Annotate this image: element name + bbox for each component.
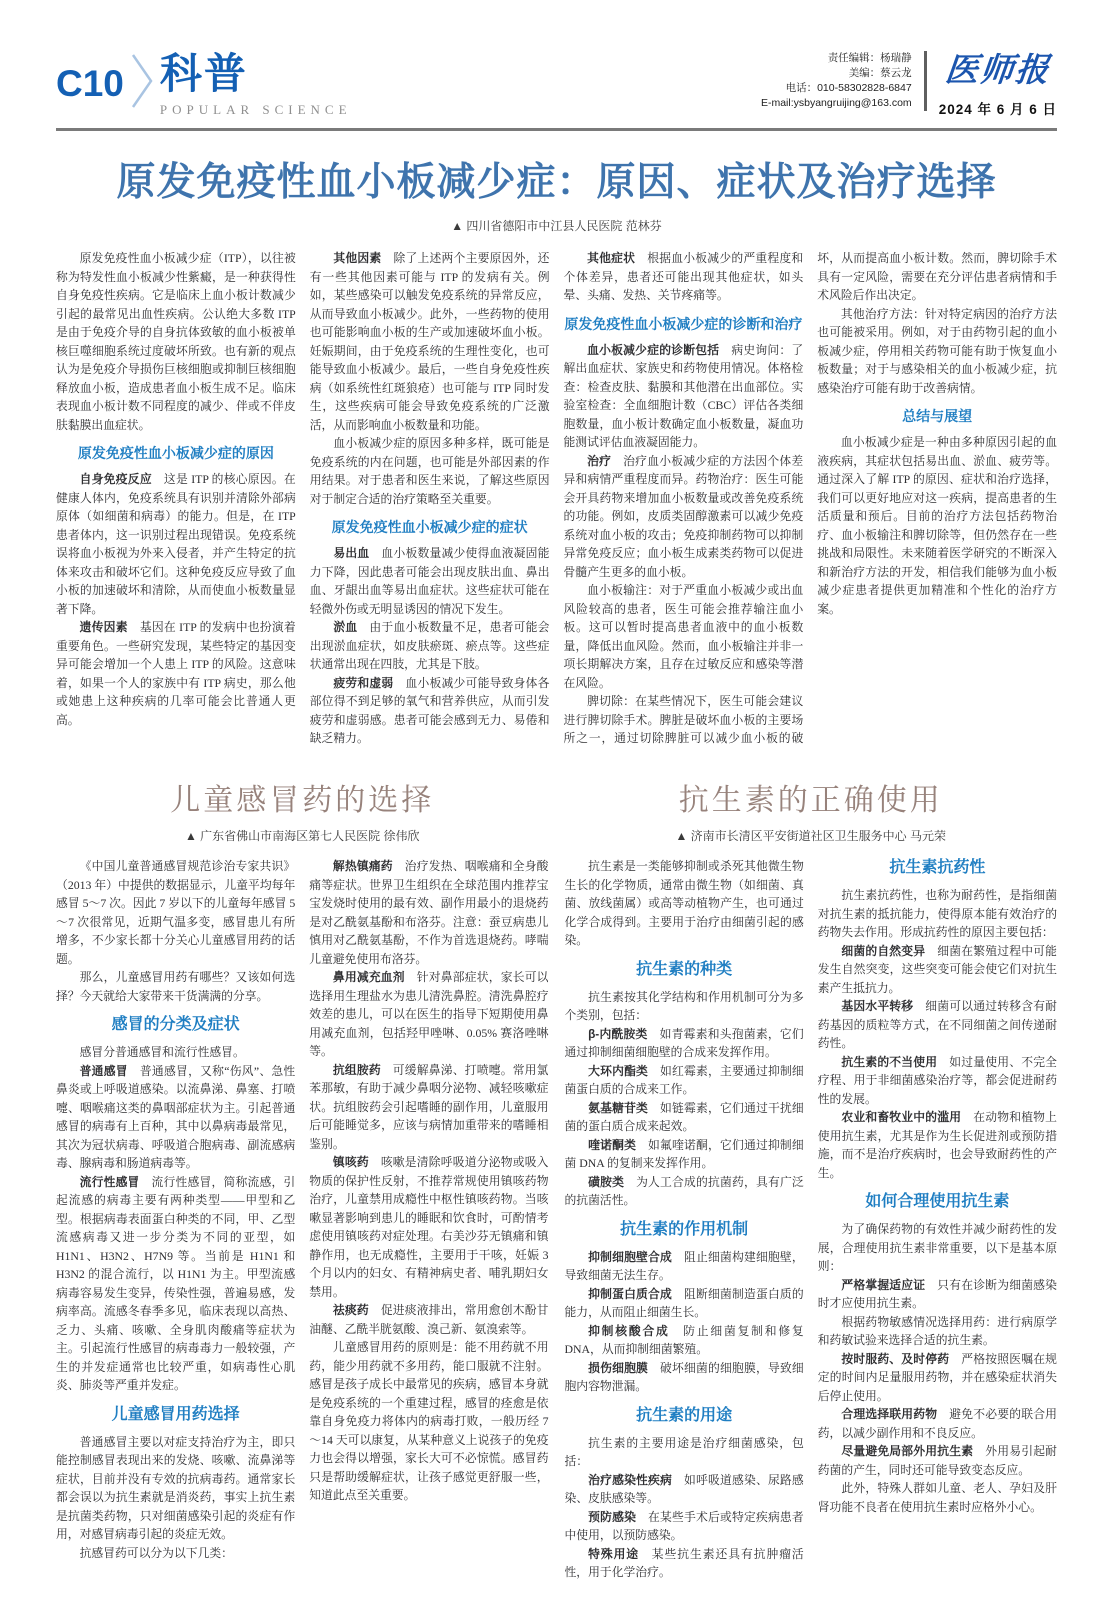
paragraph: 基因水平转移 细菌可以通过转移含有耐药基因的质粒等方式，在不同细菌之间传递耐药性… bbox=[818, 997, 1057, 1053]
paragraph: 根据药物敏感情况选择用药：进行病原学和药敏试验来选择合适的抗生素。 bbox=[818, 1313, 1057, 1350]
paragraph-lead: 治疗 bbox=[587, 454, 623, 468]
paragraph: 那么，儿童感冒用药有哪些？又该如何选择？今天就给大家带来干货满满的分享。 bbox=[56, 968, 295, 1005]
paragraph: 抗生素抗药性，也称为耐药性，是指细菌对抗生素的抵抗能力，使得原本能有效治疗的药物… bbox=[818, 886, 1057, 942]
section-subtitle: POPULAR SCIENCE bbox=[160, 102, 352, 118]
paragraph: 合理选择联用药物 避免不必要的联合用药，以减少副作用和不良反应。 bbox=[818, 1405, 1057, 1442]
section-heading: 儿童感冒用药选择 bbox=[56, 1404, 295, 1426]
paragraph: 大环内酯类 如红霉素，主要通过抑制细菌蛋白质的合成来工作。 bbox=[565, 1062, 804, 1099]
paragraph: 细菌的自然变异 细菌在繁殖过程中可能发生自然突变，这些突变可能会使它们对抗生素产… bbox=[818, 942, 1057, 998]
paragraph: 普通感冒主要以对症支持治疗为主，即只能控制感冒表现出来的发烧、咳嗽、流鼻涕等症状… bbox=[56, 1433, 295, 1544]
header-rule bbox=[56, 128, 1057, 131]
bottom-articles: 儿童感冒药的选择 ▲ 广东省佛山市南海区第七人民医院 徐伟欣 《中国儿童普通感冒… bbox=[56, 775, 1057, 1589]
paragraph: 为了确保药物的有效性并减少耐药性的发展，合理使用抗生素非常重要，以下是基本原则： bbox=[818, 1220, 1057, 1276]
paragraph: 其他治疗方法：针对特定病因的治疗方法也可能被采用。例如，对于由药物引起的血小板减… bbox=[817, 305, 1057, 398]
article-cold-medicine-body: 《中国儿童普通感冒规范诊治专家共识》（2013 年）中提供的数据显示，儿童平均每… bbox=[56, 857, 549, 1589]
paragraph: 抑制蛋白质合成 阻断细菌制造蛋白质的能力，从而阻止细菌生长。 bbox=[565, 1285, 804, 1322]
article-itp-byline: ▲ 四川省德阳市中江县人民医院 范林芬 bbox=[56, 217, 1057, 234]
paragraph: 祛痰药 促进痰液排出，常用愈创木酚甘油醚、乙酰半胱氨酸、溴己新、氨溴索等。 bbox=[309, 1301, 548, 1338]
section-heading: 抗生素的种类 bbox=[565, 959, 804, 981]
paragraph-lead: 农业和畜牧业中的滥用 bbox=[841, 1110, 973, 1124]
paragraph-lead: β-内酰胺类 bbox=[588, 1027, 660, 1041]
paragraph: 易出血 血小板数量减少使得血液凝固能力下降，因此患者可能会出现皮肤出血、鼻出血、… bbox=[310, 544, 550, 618]
paragraph: 其他因素 除了上述两个主要原因外，还有一些其他因素可能与 ITP 的发病有关。例… bbox=[310, 249, 550, 434]
paragraph-lead: 喹诺酮类 bbox=[588, 1138, 648, 1152]
paragraph-lead: 基因水平转移 bbox=[841, 999, 925, 1013]
article-antibiotics-title: 抗生素的正确使用 bbox=[565, 775, 1058, 819]
paragraph: 遗传因素 基因在 ITP 的发病中也扮演着重要角色。一些研究发现，某些特定的基因… bbox=[56, 618, 296, 729]
paragraph-lead: 自身免疫反应 bbox=[80, 472, 164, 486]
paragraph-lead: 大环内酯类 bbox=[588, 1064, 660, 1078]
article-cold-medicine-byline: ▲ 广东省佛山市南海区第七人民医院 徐伟欣 bbox=[56, 827, 549, 844]
paragraph-lead: 按时服药、及时停药 bbox=[841, 1352, 961, 1366]
newspaper-logo: 医师报 bbox=[936, 44, 1059, 91]
section-heading: 抗生素的作用机制 bbox=[565, 1219, 804, 1241]
paragraph: 抑制细胞壁合成 阻止细菌构建细胞壁，导致细菌无法生存。 bbox=[565, 1248, 804, 1285]
paragraph-lead: 抑制细胞壁合成 bbox=[588, 1250, 684, 1264]
paragraph-lead: 预防感染 bbox=[588, 1510, 648, 1524]
paragraph-lead: 特殊用途 bbox=[588, 1547, 652, 1561]
paragraph-lead: 尽量避免局部外用抗生素 bbox=[841, 1444, 985, 1458]
section-brand: C10 科普 POPULAR SCIENCE bbox=[56, 52, 352, 118]
section-title-block: 科普 POPULAR SCIENCE bbox=[160, 53, 352, 118]
paragraph-lead: 氨基糖苷类 bbox=[588, 1101, 660, 1115]
article-cold-medicine: 儿童感冒药的选择 ▲ 广东省佛山市南海区第七人民医院 徐伟欣 《中国儿童普通感冒… bbox=[56, 775, 549, 1589]
paragraph: 感冒分普通感冒和流行性感冒。 bbox=[56, 1043, 295, 1062]
paragraph: 其他症状 根据血小板减少的严重程度和个体差异，患者还可能出现其他症状，如头晕、头… bbox=[564, 249, 804, 305]
paragraph-lead: 遗传因素 bbox=[80, 620, 140, 634]
section-heading: 如何合理使用抗生素 bbox=[818, 1191, 1057, 1213]
page-header: C10 科普 POPULAR SCIENCE 责任编辑：杨瑞静 美编：蔡云龙 电… bbox=[56, 40, 1057, 118]
paragraph-lead: 普通感冒 bbox=[80, 1064, 140, 1078]
paragraph: 喹诺酮类 如氟喹诺酮，它们通过抑制细菌 DNA 的复制来发挥作用。 bbox=[565, 1136, 804, 1173]
masthead-logo-block: 医师报 2024 年 6 月 6 日 bbox=[939, 44, 1057, 118]
chevron-icon bbox=[130, 52, 156, 110]
paragraph-lead: 磺胺类 bbox=[588, 1175, 636, 1189]
paragraph: 特殊用途 某些抗生素还具有抗肿瘤活性，用于化学治疗。 bbox=[565, 1545, 804, 1582]
masthead-right: 责任编辑：杨瑞静 美编：蔡云龙 电话：010-58302828-6847 E-m… bbox=[761, 44, 1057, 118]
paragraph-lead: 疲劳和虚弱 bbox=[333, 676, 405, 690]
paragraph: 鼻用减充血剂 针对鼻部症状，家长可以选择用生理盐水为患儿清洗鼻腔。清洗鼻腔疗效差… bbox=[309, 968, 548, 1061]
paragraph-lead: 严格掌握适应证 bbox=[841, 1278, 937, 1292]
paragraph-lead: 损伤细胞膜 bbox=[588, 1361, 660, 1375]
paragraph: 按时服药、及时停药 严格按照医嘱在规定的时间内足量服用药物，并在感染症状消失后停… bbox=[818, 1350, 1057, 1406]
section-title: 科普 bbox=[160, 53, 352, 95]
section-heading: 感冒的分类及症状 bbox=[56, 1014, 295, 1036]
paragraph-lead: 流行性感冒 bbox=[80, 1175, 152, 1189]
paragraph: 抑制核酸合成 防止细菌复制和修复 DNA，从而抑制细菌繁殖。 bbox=[565, 1322, 804, 1359]
editor-line: 责任编辑：杨瑞静 bbox=[761, 51, 912, 66]
paragraph: 治疗 治疗血小板减少症的方法因个体差异和病情严重程度而异。药物治疗：医生可能会开… bbox=[564, 452, 804, 582]
paragraph: 自身免疫反应 这是 ITP 的核心原因。在健康人体内，免疫系统具有识别并清除外部… bbox=[56, 470, 296, 618]
paragraph: 抗生素的主要用途是治疗细菌感染，包括： bbox=[565, 1434, 804, 1471]
paragraph-lead: 鼻用减充血剂 bbox=[333, 970, 417, 984]
vertical-divider bbox=[924, 51, 927, 111]
paragraph: 此外，特殊人群如儿童、老人、孕妇及肝肾功能不良者在使用抗生素时应格外小心。 bbox=[818, 1479, 1057, 1516]
email-line: E-mail:ysbyangruijing@163.com bbox=[761, 96, 912, 111]
article-itp-body: 原发免疫性血小板减少症（ITP），以往被称为特发性血小板减少性紫癜，是一种获得性… bbox=[56, 249, 1057, 757]
paragraph: 血小板减少症的诊断包括 病史询问：了解出血症状、家族史和药物使用情况。体格检查：… bbox=[564, 341, 804, 452]
paragraph: 损伤细胞膜 破坏细菌的细胞膜，导致细胞内容物泄漏。 bbox=[565, 1359, 804, 1396]
section-heading: 总结与展望 bbox=[817, 406, 1057, 426]
article-cold-medicine-title: 儿童感冒药的选择 bbox=[56, 775, 549, 819]
paragraph-lead: 抑制蛋白质合成 bbox=[588, 1287, 684, 1301]
article-antibiotics: 抗生素的正确使用 ▲ 济南市长清区平安街道社区卫生服务中心 马元荣 抗生素是一类… bbox=[565, 775, 1058, 1589]
paragraph: β-内酰胺类 如青霉素和头孢菌素，它们通过抑制细菌细胞壁的合成来发挥作用。 bbox=[565, 1025, 804, 1062]
paragraph-lead: 抗生素的不当使用 bbox=[841, 1055, 949, 1069]
paragraph: 预防感染 在某些手术后或特定疾病患者中使用，以预防感染。 bbox=[565, 1508, 804, 1545]
paragraph: 镇咳药 咳嗽是清除呼吸道分泌物或吸入物质的保护性反射，不推荐常规使用镇咳药物治疗… bbox=[309, 1153, 548, 1301]
paragraph: 抗组胺药 可缓解鼻涕、打喷嚏。常用氯苯那敏，有助于减少鼻咽分泌物、减轻咳嗽症状。… bbox=[309, 1061, 548, 1154]
paragraph-lead: 淤血 bbox=[333, 620, 369, 634]
publication-date: 2024 年 6 月 6 日 bbox=[939, 98, 1057, 118]
contact-block: 责任编辑：杨瑞静 美编：蔡云龙 电话：010-58302828-6847 E-m… bbox=[761, 51, 912, 111]
paragraph-lead: 治疗感染性疾病 bbox=[588, 1473, 684, 1487]
designer-line: 美编：蔡云龙 bbox=[761, 66, 912, 81]
paragraph: 普通感冒 普通感冒，又称“伤风”、急性鼻炎或上呼吸道感染。以流鼻涕、鼻塞、打喷嚏… bbox=[56, 1062, 295, 1173]
paragraph: 血小板减少症是一种由多种原因引起的血液疾病，其症状包括易出血、淤血、疲劳等。通过… bbox=[817, 433, 1057, 618]
paragraph-lead: 细菌的自然变异 bbox=[841, 944, 937, 958]
phone-line: 电话：010-58302828-6847 bbox=[761, 81, 912, 96]
paragraph-lead: 抗组胺药 bbox=[333, 1063, 393, 1077]
section-heading: 抗生素的用途 bbox=[565, 1405, 804, 1427]
paragraph: 儿童感冒用药的原则是：能不用药就不用药，能少用药就不多用药，能口服就不注射。感冒… bbox=[309, 1338, 548, 1505]
paragraph: 流行性感冒 流行性感冒，简称流感，引起流感的病毒主要有两种类型——甲型和乙型。根… bbox=[56, 1173, 295, 1395]
newspaper-page: C10 科普 POPULAR SCIENCE 责任编辑：杨瑞静 美编：蔡云龙 电… bbox=[0, 0, 1113, 1600]
paragraph-lead: 镇咳药 bbox=[333, 1155, 381, 1169]
paragraph: 磺胺类 为人工合成的抗菌药，具有广泛的抗菌活性。 bbox=[565, 1173, 804, 1210]
section-heading: 原发免疫性血小板减少症的原因 bbox=[56, 443, 296, 463]
paragraph-lead: 血小板减少症的诊断包括 bbox=[587, 343, 731, 357]
paragraph: 解热镇痛药 治疗发热、咽喉痛和全身酸痛等症状。世界卫生组织在全球范围内推荐宝宝发… bbox=[309, 857, 548, 968]
paragraph: 农业和畜牧业中的滥用 在动物和植物上使用抗生素，尤其是作为生长促进剂或预防措施，… bbox=[818, 1108, 1057, 1182]
paragraph: 严格掌握适应证 只有在诊断为细菌感染时才应使用抗生素。 bbox=[818, 1276, 1057, 1313]
article-itp: 原发免疫性血小板减少症：原因、症状及治疗选择 ▲ 四川省德阳市中江县人民医院 范… bbox=[56, 151, 1057, 757]
paragraph-lead: 其他症状 bbox=[587, 251, 647, 265]
paragraph-lead: 易出血 bbox=[333, 546, 381, 560]
section-code: C10 bbox=[56, 65, 124, 118]
paragraph: 抗生素按其化学结构和作用机制可分为多个类别，包括： bbox=[565, 988, 804, 1025]
article-antibiotics-body: 抗生素是一类能够抑制或杀死其他微生物生长的化学物质，通常由微生物（如细菌、真菌、… bbox=[565, 857, 1058, 1589]
paragraph-lead: 其他因素 bbox=[333, 251, 393, 265]
paragraph-lead: 抑制核酸合成 bbox=[588, 1324, 683, 1338]
paragraph-lead: 祛痰药 bbox=[333, 1303, 381, 1317]
paragraph: 疲劳和虚弱 血小板减少可能导致身体各部位得不到足够的氧气和营养供应，从而引发疲劳… bbox=[310, 674, 550, 748]
section-heading: 原发免疫性血小板减少症的症状 bbox=[310, 517, 550, 537]
paragraph: 原发免疫性血小板减少症（ITP），以往被称为特发性血小板减少性紫癜，是一种获得性… bbox=[56, 249, 296, 434]
section-heading: 原发免疫性血小板减少症的诊断和治疗 bbox=[564, 314, 804, 334]
paragraph: 抗生素的不当使用 如过量使用、不完全疗程、用于非细菌感染治疗等，都会促进耐药性的… bbox=[818, 1053, 1057, 1109]
article-antibiotics-byline: ▲ 济南市长清区平安街道社区卫生服务中心 马元荣 bbox=[565, 827, 1058, 844]
paragraph: 血小板输注：对于严重血小板减少或出血风险较高的患者，医生可能会推荐输注血小板。这… bbox=[564, 581, 804, 692]
paragraph: 治疗感染性疾病 如呼吸道感染、尿路感染、皮肤感染等。 bbox=[565, 1471, 804, 1508]
section-heading: 抗生素抗药性 bbox=[818, 857, 1057, 879]
paragraph-lead: 合理选择联用药物 bbox=[841, 1407, 949, 1421]
paragraph: 血小板减少症的原因多种多样，既可能是免疫系统的内在问题，也可能是外部因素的作用结… bbox=[310, 434, 550, 508]
paragraph: 氨基糖苷类 如链霉素，它们通过干扰细菌的蛋白质合成来起效。 bbox=[565, 1099, 804, 1136]
paragraph: 抗感冒药可以分为以下几类： bbox=[56, 1544, 295, 1563]
paragraph: 《中国儿童普通感冒规范诊治专家共识》（2013 年）中提供的数据显示，儿童平均每… bbox=[56, 857, 295, 968]
paragraph: 抗生素是一类能够抑制或杀死其他微生物生长的化学物质，通常由微生物（如细菌、真菌、… bbox=[565, 857, 804, 950]
paragraph-lead: 解热镇痛药 bbox=[333, 859, 405, 873]
paragraph: 尽量避免局部外用抗生素 外用易引起耐药菌的产生，同时还可能导致变态反应。 bbox=[818, 1442, 1057, 1479]
paragraph: 淤血 由于血小板数量不足，患者可能会出现淤血症状，如皮肤瘀斑、瘀点等。这些症状通… bbox=[310, 618, 550, 674]
article-itp-title: 原发免疫性血小板减少症：原因、症状及治疗选择 bbox=[56, 151, 1057, 207]
